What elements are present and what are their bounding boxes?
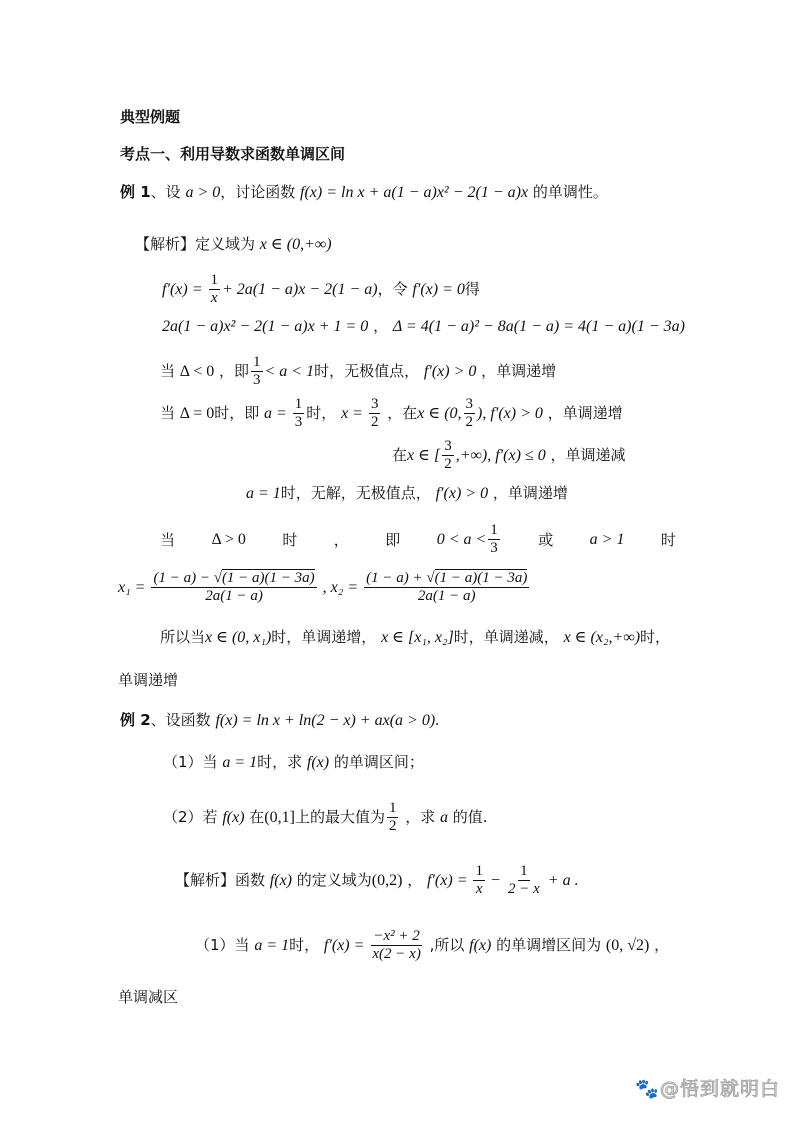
question-2: （2）若 f(x) 在(0,1]上的最大值为12 ，求 a 的值.	[163, 800, 488, 835]
case-delta-zero-decreasing: 在x ∈ [32,+∞), f′(x) ≤ 0 ，单调递减	[392, 438, 625, 473]
solution-2: 【解析】函数 f(x) 的定义域为(0,2) ， f′(x) = 1x − 12…	[175, 863, 579, 898]
solution-2-part-1: （1）当 a = 1时， f′(x) = −x² + 2x(2 − x) ,所以…	[195, 928, 669, 963]
case-delta-negative: 当 Δ < 0 ，即13< a < 1时，无极值点， f′(x) > 0 ，单调…	[160, 354, 556, 389]
section-title: 考点一、利用导数求函数单调区间	[120, 144, 345, 164]
heading: 典型例题	[120, 107, 180, 127]
solution-tag: 【解析】	[175, 871, 235, 889]
case-delta-zero: 当 Δ = 0时，即 a = 13时， x = 32 ，在x ∈ (0,32),…	[160, 396, 623, 431]
conclusion-continued: 单调递增	[118, 670, 178, 690]
example-1-statement: 例 1、设 a > 0，讨论函数 f(x) = ln x + a(1 − a)x…	[120, 182, 608, 203]
trailing-text: 单调减区	[118, 987, 178, 1007]
function-definition: f(x) = ln x + a(1 − a)x² − 2(1 − a)x	[300, 184, 528, 201]
example-1-label: 例 1	[120, 183, 151, 201]
solution-tag: 【解析】	[135, 235, 195, 253]
conclusion: 所以当x ∈ (0, x₁)时，单调递增， x ∈ [x₁, x₂]时，单调递减…	[160, 627, 670, 648]
roots: x₁ = (1 − a) − √(1 − a)(1 − 3a)2a(1 − a)…	[118, 570, 531, 605]
example-2-statement: 例 2、设函数 f(x) = ln x + ln(2 − x) + ax(a >…	[120, 710, 439, 731]
question-1: （1）当 a = 1时，求 f(x) 的单调区间；	[163, 752, 424, 773]
case-delta-positive: 当 Δ > 0 时 ， 即 0 < a <13 或 a > 1 时	[160, 522, 676, 557]
case-a-equals-one: a = 1时，无解，无极值点， f′(x) > 0 ，单调递增	[246, 483, 568, 504]
example-2-label: 例 2	[120, 711, 151, 729]
solution-1-domain: 【解析】定义域为 x ∈ (0,+∞)	[135, 234, 332, 255]
watermark: 🐾@悟到就明白	[635, 1074, 780, 1101]
fraction: 1x	[209, 272, 221, 307]
solution-1-derivative: f′(x) = 1x+ 2a(1 − a)x − 2(1 − a)，令 f′(x…	[162, 272, 480, 307]
solution-1-quadratic: 2a(1 − a)x² − 2(1 − a)x + 1 = 0 ， Δ = 4(…	[162, 316, 685, 337]
